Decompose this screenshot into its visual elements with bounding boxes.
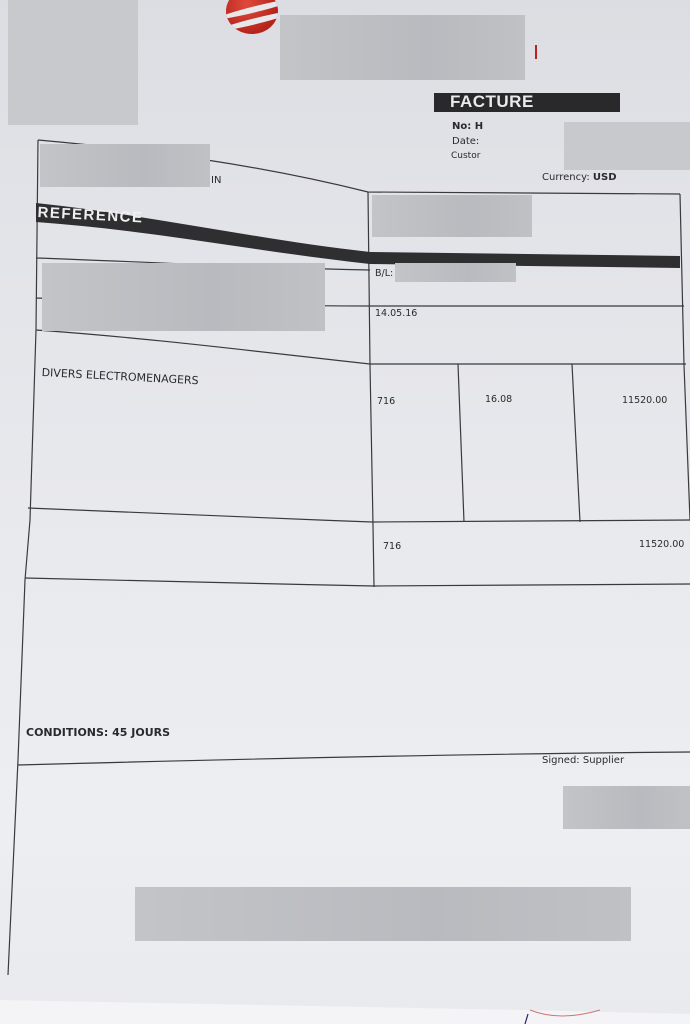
stamp-fragment-icon — [0, 0, 690, 1024]
